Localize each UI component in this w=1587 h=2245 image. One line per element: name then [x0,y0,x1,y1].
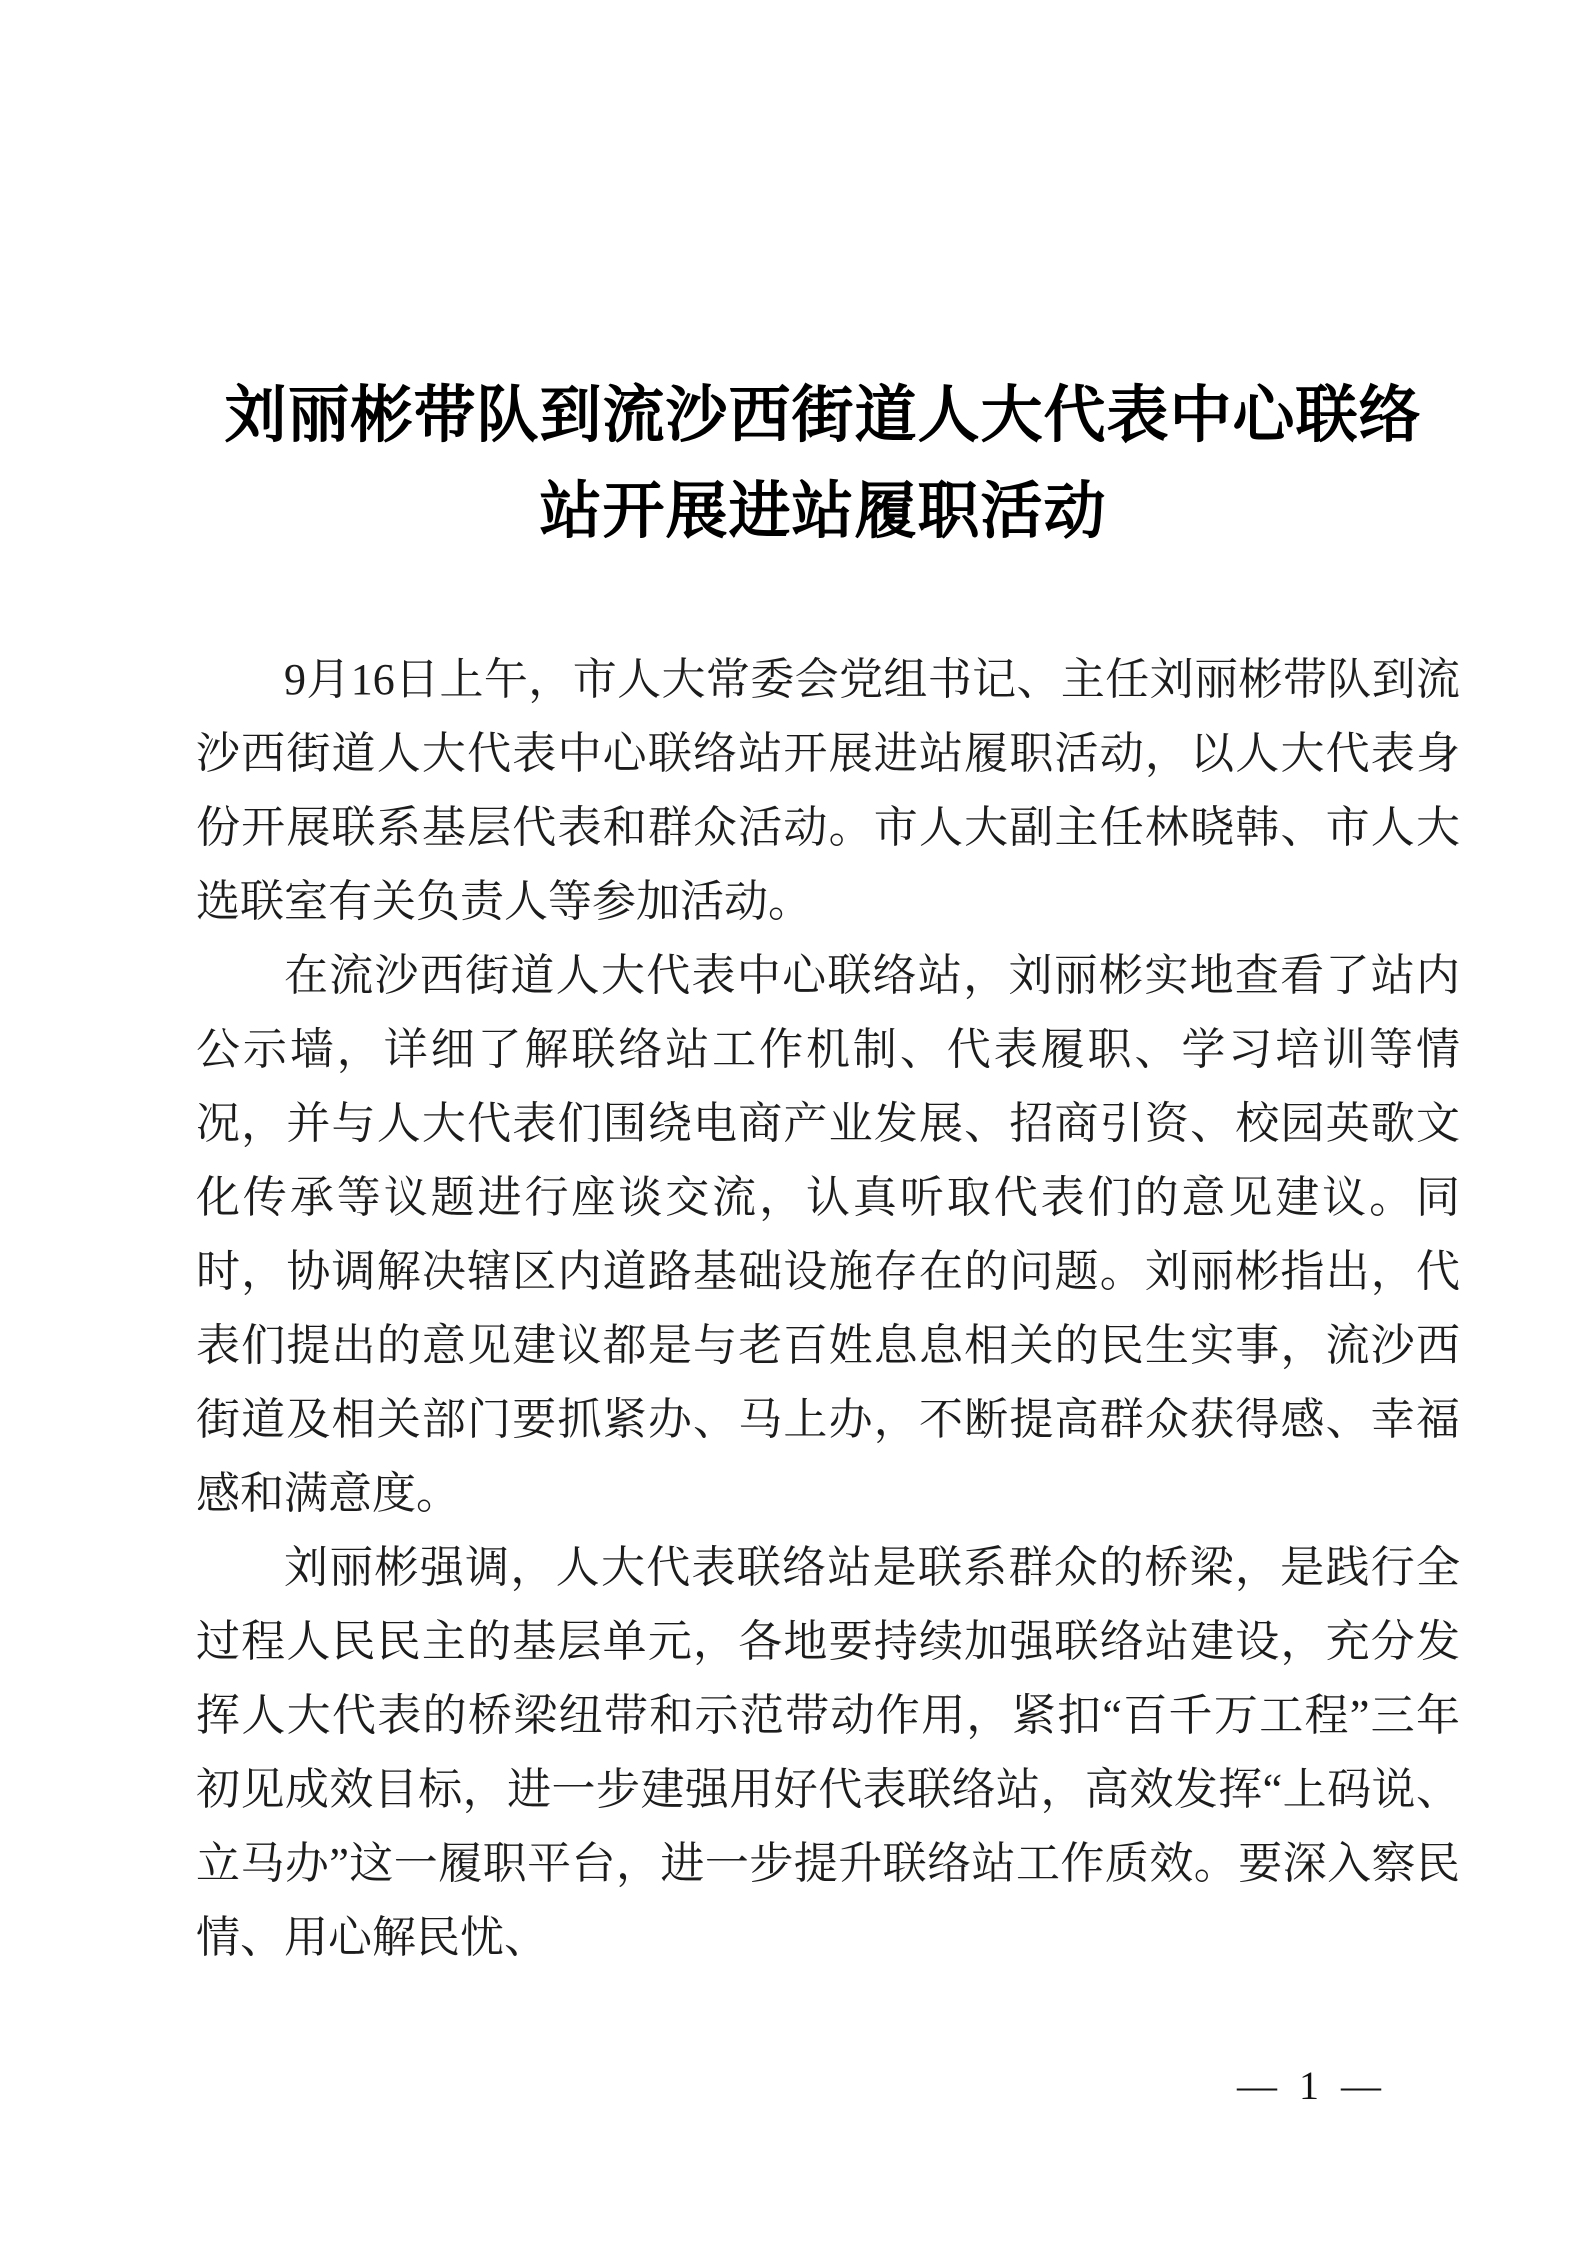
document-title-line-1: 刘丽彬带队到流沙西街道人大代表中心联络 [156,368,1490,464]
page-number: — 1 — [1237,2062,1387,2110]
document-page: 刘丽彬带队到流沙西街道人大代表中心联络 站开展进站履职活动 9月16日上午，市人… [0,0,1587,2245]
body-paragraph-1: 9月16日上午，市人大常委会党组书记、主任刘丽彬带队到流沙西街道人大代表中心联络… [196,643,1460,939]
body-paragraph-2: 在流沙西街道人大代表中心联络站，刘丽彬实地查看了站内公示墙，详细了解联络站工作机… [196,939,1460,1531]
document-title: 刘丽彬带队到流沙西街道人大代表中心联络 站开展进站履职活动 [156,368,1490,560]
document-body: 9月16日上午，市人大常委会党组书记、主任刘丽彬带队到流沙西街道人大代表中心联络… [196,643,1460,1975]
body-paragraph-3: 刘丽彬强调，人大代表联络站是联系群众的桥梁，是践行全过程人民民主的基层单元，各地… [196,1531,1460,1975]
document-title-line-2: 站开展进站履职活动 [156,464,1490,560]
